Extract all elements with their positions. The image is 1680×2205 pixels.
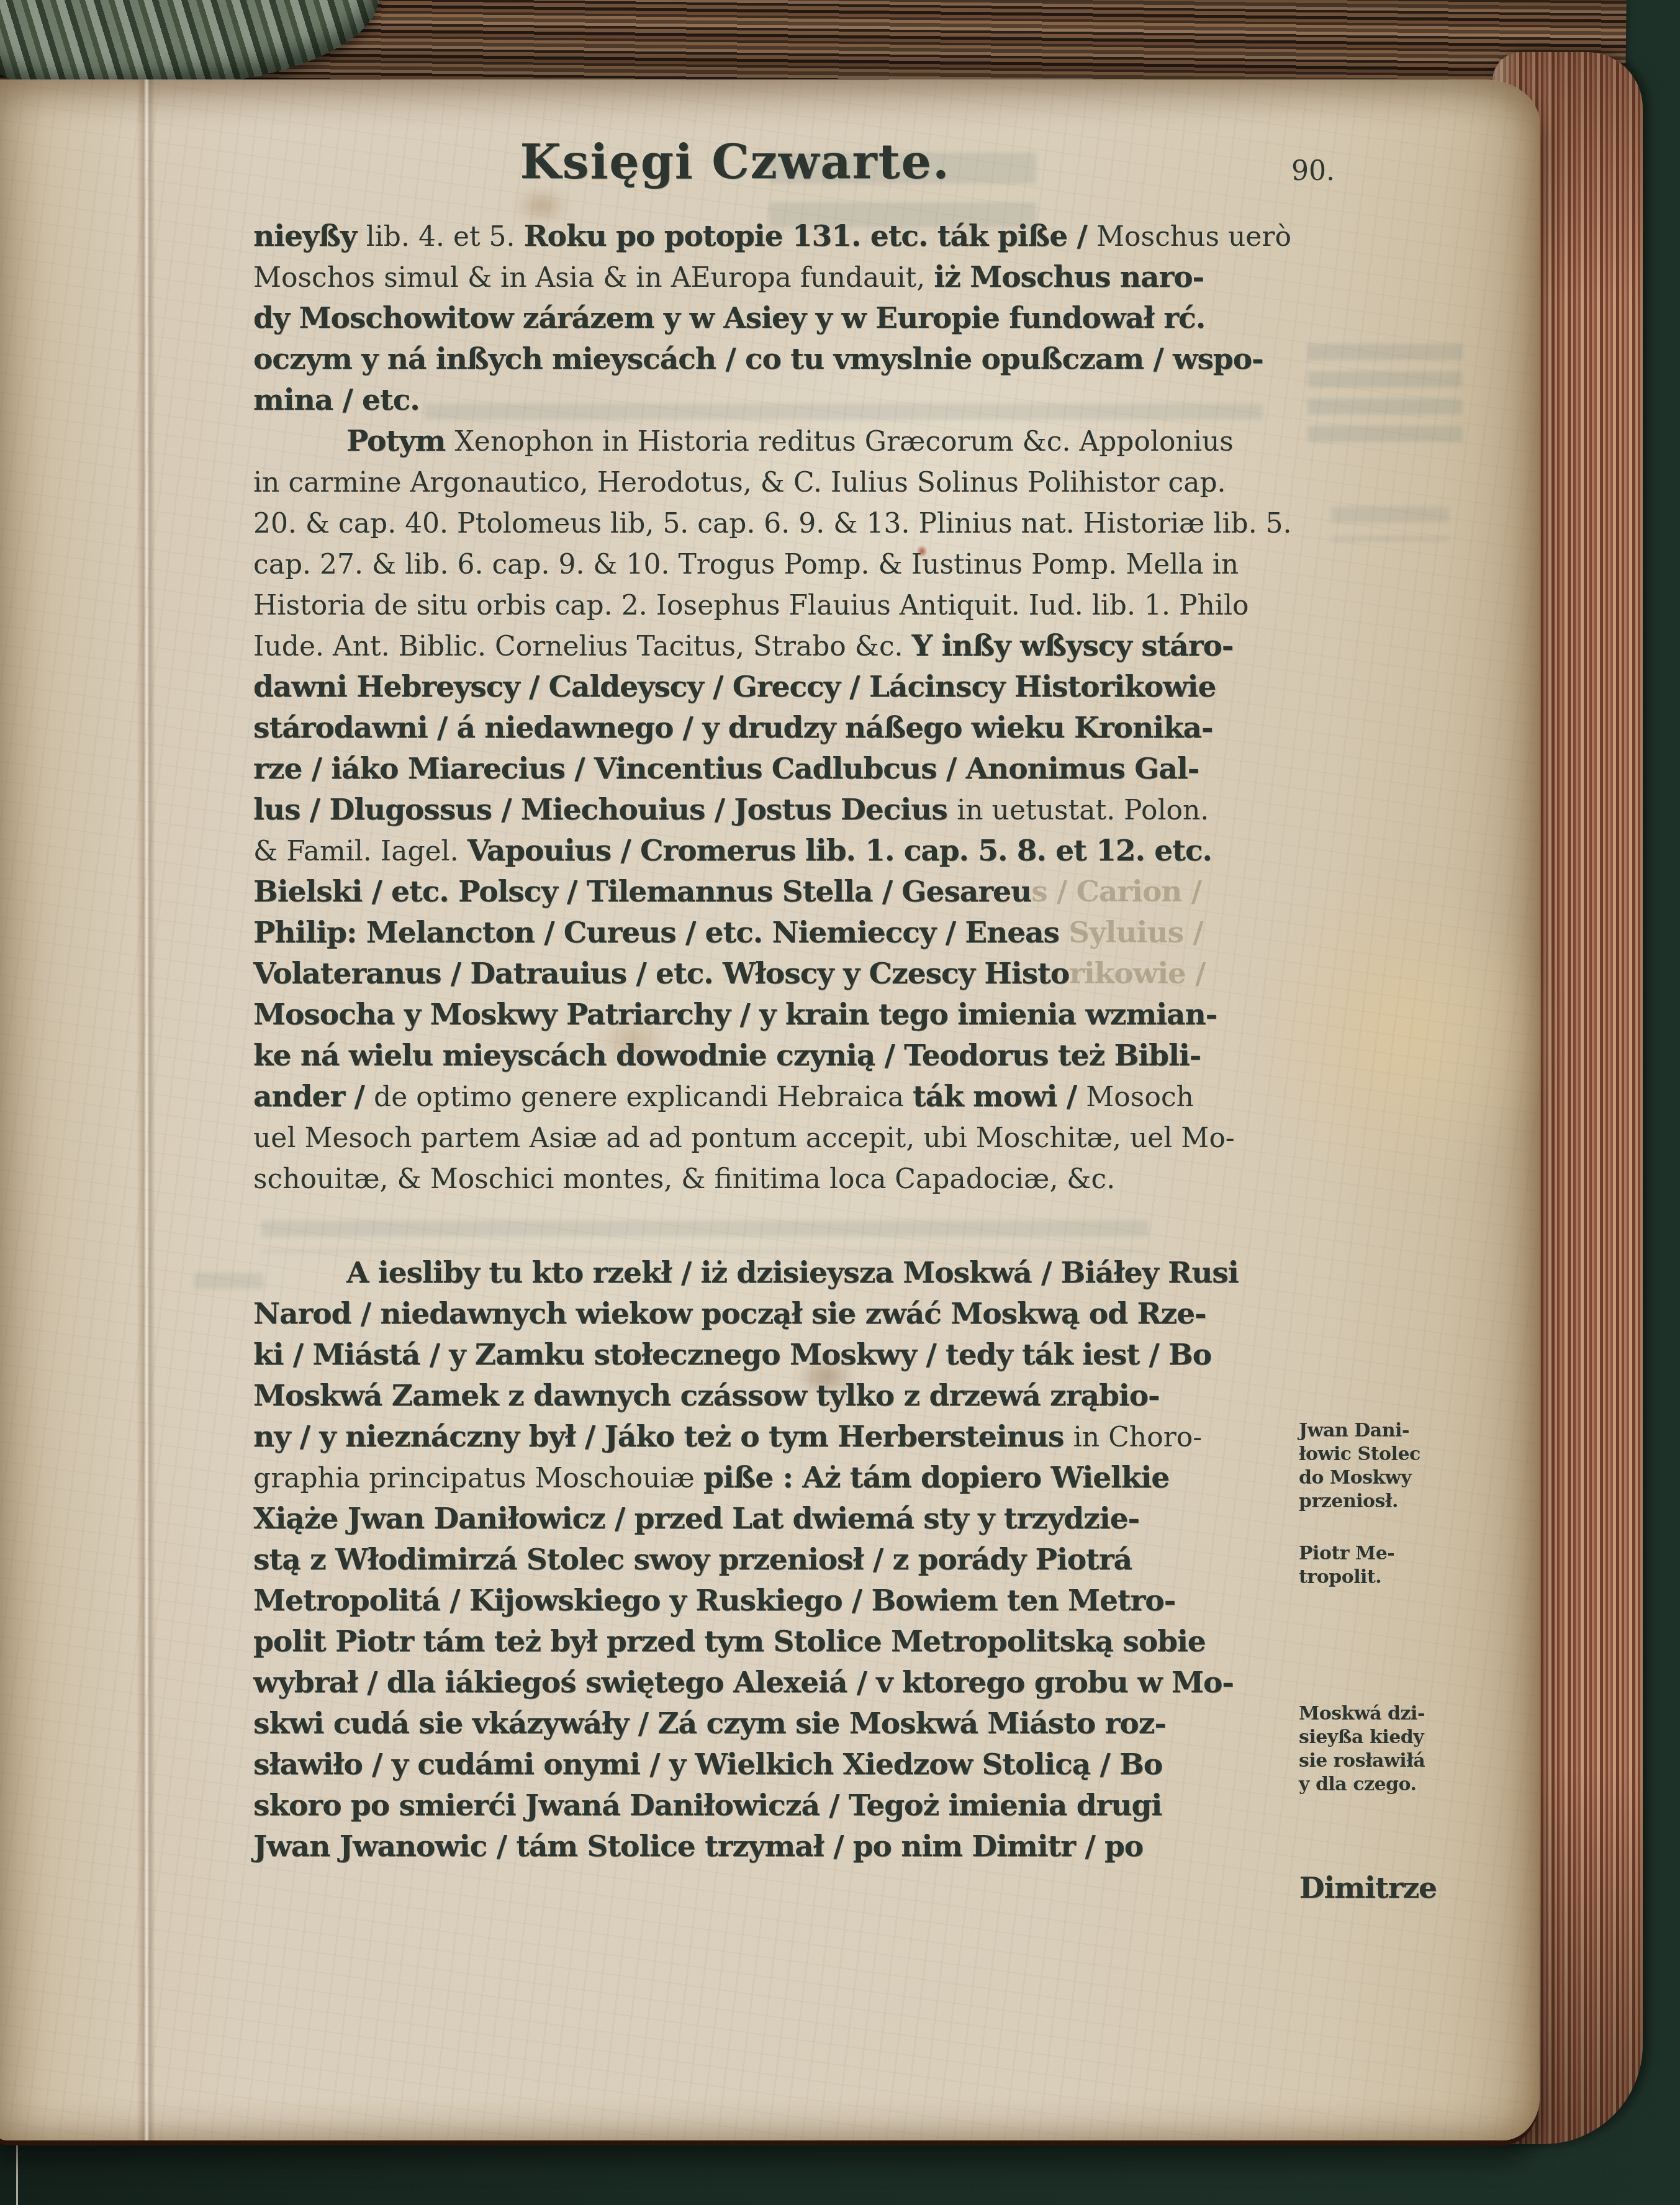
text-segment: Bielski / etc. Polscy / Tilemannus Stell… <box>253 875 1031 909</box>
text-segment: Narod / niedawnych wiekow począł sie zwá… <box>253 1297 1206 1331</box>
text-segment: ny / y nieznáczny był / Jáko też o tym H… <box>253 1420 1073 1454</box>
margin-note: Jwan Dani-łowic Stolecdo Moskwyprzeniosł… <box>1299 1419 1485 1513</box>
paper-stain <box>1255 873 1547 1196</box>
text-line: Mosocha y Moskwy Patriarchy / y krain te… <box>253 996 1289 1037</box>
text-segment: uel Mesoch partem Asiæ ad ad pontum acce… <box>253 1122 1235 1154</box>
text-segment: dawni Hebreyscy / Caldeyscy / Greccy / L… <box>253 670 1216 704</box>
text-line: mina / etc. <box>253 381 1289 422</box>
text-line: polit Piotr tám też był przed tym Stolic… <box>253 1623 1289 1664</box>
text-line: stą z Włodimirzá Stolec swoy przeniosł /… <box>253 1541 1289 1582</box>
margin-note-line: tropolit. <box>1299 1566 1485 1589</box>
text-line: & Famil. Iagel. Vapouius / Cromerus lib.… <box>253 832 1289 873</box>
text-segment: ander / <box>253 1080 374 1114</box>
text-segment: Vapouius / Cromerus lib. 1. cap. 5. 8. e… <box>467 834 1212 868</box>
text-line: graphia principatus Moschouiæ piße : Aż … <box>253 1459 1289 1500</box>
text-line: A iesliby tu kto rzekł / iż dzisieysza M… <box>253 1254 1289 1295</box>
margin-note-line: sie rosławiłá <box>1299 1749 1485 1773</box>
text-segment: Xiąże Jwan Daniłowicz / przed Lat dwiemá… <box>253 1502 1139 1536</box>
ink-showthrough <box>1331 507 1449 541</box>
text-line: wybrał / dla iákiegoś swiętego Alexeiá /… <box>253 1664 1289 1705</box>
text-segment: Mosoch <box>1086 1081 1194 1113</box>
text-line: Historia de situ orbis cap. 2. Iosephus … <box>253 586 1289 627</box>
text-segment: 20. & cap. 40. Ptolomeus lib, 5. cap. 6.… <box>253 508 1292 539</box>
text-segment: lus / Dlugossus / Miechouius / Jostus De… <box>253 793 957 827</box>
text-segment: Syluius / <box>1068 916 1203 950</box>
margin-note-line: do Moskwy <box>1299 1466 1485 1490</box>
text-segment: graphia principatus Moschouiæ <box>253 1463 703 1494</box>
text-line: Moskwá Zamek z dawnych czássow tylko z d… <box>253 1377 1289 1418</box>
text-segment: skwi cudá sie vkázywáły / Zá czym sie Mo… <box>253 1707 1166 1741</box>
text-segment: nieyßy <box>253 219 366 253</box>
text-line: skoro po smierći Jwaná Daniłowiczá / Teg… <box>253 1787 1289 1828</box>
text-line: Iude. Ant. Biblic. Cornelius Tacitus, St… <box>253 627 1289 668</box>
text-line: oczym y ná inßych mieyscách / co tu vmys… <box>253 340 1289 381</box>
text-segment: in Choro- <box>1073 1422 1202 1453</box>
text-segment: piße : Aż tám dopiero Wielkie <box>703 1461 1169 1495</box>
text-line: dy Moschowitow zárázem y w Asiey y w Eur… <box>253 299 1289 340</box>
text-segment: s / Carion / <box>1031 875 1201 909</box>
text-segment: mina / etc. <box>253 383 420 417</box>
text-segment: & Famil. Iagel. <box>253 836 467 867</box>
text-line: uel Mesoch partem Asiæ ad ad pontum acce… <box>253 1119 1289 1160</box>
text-segment: Moskwá Zamek z dawnych czássow tylko z d… <box>253 1379 1160 1413</box>
margin-note-line: Jwan Dani- <box>1299 1419 1485 1443</box>
text-line: Potym Xenophon in Historia reditus Græco… <box>253 422 1289 463</box>
text-segment: Xenophon in Historia reditus Græcorum &c… <box>455 426 1234 458</box>
text-line: rze / iáko Miarecius / Vincentius Cadlub… <box>253 750 1289 791</box>
text-segment: Volateranus / Datrauius / etc. Włoscy y … <box>253 957 1069 991</box>
paragraph: A iesliby tu kto rzekł / iż dzisieysza M… <box>253 1254 1289 1869</box>
text-line: Jwan Jwanowic / tám Stolice trzymał / po… <box>253 1828 1289 1869</box>
text-segment: polit Piotr tám też był przed tym Stolic… <box>253 1625 1206 1659</box>
text-line: cap. 27. & lib. 6. cap. 9. & 10. Trogus … <box>253 545 1289 586</box>
page-number: 90. <box>1291 155 1335 187</box>
text-line: Moschos simul & in Asia & in AEuropa fun… <box>253 258 1289 299</box>
text-line: Philip: Melancton / Cureus / etc. Niemie… <box>253 914 1289 955</box>
text-segment: Philip: Melancton / Cureus / etc. Niemie… <box>253 916 1068 950</box>
text-segment: rikowie / <box>1069 957 1205 991</box>
text-segment: Moschos simul & in Asia & in AEuropa fun… <box>253 262 934 294</box>
text-segment: wybrał / dla iákiegoś swiętego Alexeiá /… <box>253 1666 1234 1700</box>
text-line: 20. & cap. 40. Ptolomeus lib, 5. cap. 6.… <box>253 504 1289 545</box>
text-segment: Potym <box>346 424 455 458</box>
text-line: nieyßy lib. 4. et 5. Roku po potopie 131… <box>253 217 1289 258</box>
text-segment: ki / Miástá / y Zamku stołecznego Moskwy… <box>253 1338 1211 1372</box>
margin-note: Moskwá dzi-sieyßa kiedysie rosławiłáy dl… <box>1299 1702 1485 1797</box>
body-text: nieyßy lib. 4. et 5. Roku po potopie 131… <box>253 217 1289 1869</box>
ink-showthrough <box>1307 344 1463 453</box>
margin-note-line: Moskwá dzi- <box>1299 1702 1485 1726</box>
text-segment: dy Moschowitow zárázem y w Asiey y w Eur… <box>253 301 1205 335</box>
text-segment: Jwan Jwanowic / tám Stolice trzymał / po… <box>253 1829 1143 1864</box>
margin-note-line: przeniosł. <box>1299 1490 1485 1513</box>
book-photo: Księgi Czwarte. 90. nieyßy lib. 4. et 5.… <box>0 0 1680 2205</box>
text-segment: Iude. Ant. Biblic. Cornelius Tacitus, St… <box>253 631 912 662</box>
text-segment: Y inßy wßyscy stáro- <box>912 629 1234 663</box>
text-segment: stą z Włodimirzá Stolec swoy przeniosł /… <box>253 1543 1132 1577</box>
page-crease <box>137 79 155 2140</box>
text-segment: Roku po potopie 131. etc. ták piße / <box>524 219 1096 253</box>
text-segment: in uetustat. Polon. <box>957 795 1209 826</box>
text-segment: iż Moschus naro- <box>934 260 1204 294</box>
catchword: Dimitrze <box>1226 1871 1437 1905</box>
text-segment: de optimo genere explicandi Hebraica <box>374 1081 913 1113</box>
text-line: Bielski / etc. Polscy / Tilemannus Stell… <box>253 873 1289 914</box>
text-line: schouitæ, & Moschici montes, & finitima … <box>253 1160 1289 1201</box>
text-segment: skoro po smierći Jwaná Daniłowiczá / Teg… <box>253 1788 1162 1823</box>
text-segment: ke ná wielu mieyscách dowodnie czynią / … <box>253 1039 1201 1073</box>
text-segment: rze / iáko Miarecius / Vincentius Cadlub… <box>253 752 1199 786</box>
text-segment: Moschus uerò <box>1096 221 1291 253</box>
text-line: Volateranus / Datrauius / etc. Włoscy y … <box>253 955 1289 996</box>
text-line: dawni Hebreyscy / Caldeyscy / Greccy / L… <box>253 668 1289 709</box>
text-line: skwi cudá sie vkázywáły / Zá czym sie Mo… <box>253 1705 1289 1746</box>
paragraph: Potym Xenophon in Historia reditus Græco… <box>253 422 1289 1201</box>
text-segment: ták mowi / <box>913 1080 1086 1114</box>
text-segment: cap. 27. & lib. 6. cap. 9. & 10. Trogus … <box>253 549 1239 580</box>
text-segment: oczym y ná inßych mieyscách / co tu vmys… <box>253 342 1263 376</box>
text-segment: Mosocha y Moskwy Patriarchy / y krain te… <box>253 998 1217 1032</box>
text-line: ke ná wielu mieyscách dowodnie czynią / … <box>253 1037 1289 1078</box>
text-segment: sławiło / y cudámi onymi / y Wielkich Xi… <box>253 1747 1162 1782</box>
text-line: in carmine Argonautico, Herodotus, & C. … <box>253 463 1289 504</box>
text-line: Narod / niedawnych wiekow począł sie zwá… <box>253 1295 1289 1336</box>
text-segment: stárodawni / á niedawnego / y drudzy náß… <box>253 711 1213 745</box>
text-segment: schouitæ, & Moschici montes, & finitima … <box>253 1163 1115 1195</box>
text-line: Metropolitá / Kijowskiego y Ruskiego / B… <box>253 1582 1289 1623</box>
paragraph: nieyßy lib. 4. et 5. Roku po potopie 131… <box>253 217 1289 422</box>
text-line: ander / de optimo genere explicandi Hebr… <box>253 1078 1289 1119</box>
margin-note-line: sieyßa kiedy <box>1299 1726 1485 1749</box>
margin-note-line: Piotr Me- <box>1299 1542 1485 1566</box>
text-segment: A iesliby tu kto rzekł / iż dzisieysza M… <box>346 1256 1239 1290</box>
text-line: stárodawni / á niedawnego / y drudzy náß… <box>253 709 1289 750</box>
text-segment: Historia de situ orbis cap. 2. Iosephus … <box>253 590 1249 621</box>
text-line: ki / Miástá / y Zamku stołecznego Moskwy… <box>253 1336 1289 1377</box>
text-segment: lib. 4. et 5. <box>366 221 524 253</box>
book-page: Księgi Czwarte. 90. nieyßy lib. 4. et 5.… <box>0 79 1540 2140</box>
text-line: sławiło / y cudámi onymi / y Wielkich Xi… <box>253 1746 1289 1787</box>
text-line: Xiąże Jwan Daniłowicz / przed Lat dwiemá… <box>253 1500 1289 1541</box>
margin-note-line: y dla czego. <box>1299 1773 1485 1797</box>
text-segment: in carmine Argonautico, Herodotus, & C. … <box>253 467 1226 498</box>
text-line: ny / y nieznáczny był / Jáko też o tym H… <box>253 1418 1289 1459</box>
text-line: lus / Dlugossus / Miechouius / Jostus De… <box>253 791 1289 832</box>
running-header: Księgi Czwarte. <box>300 134 1170 189</box>
margin-note-line: łowic Stolec <box>1299 1443 1485 1466</box>
margin-note: Piotr Me-tropolit. <box>1299 1542 1485 1589</box>
text-segment: Metropolitá / Kijowskiego y Ruskiego / B… <box>253 1584 1175 1618</box>
